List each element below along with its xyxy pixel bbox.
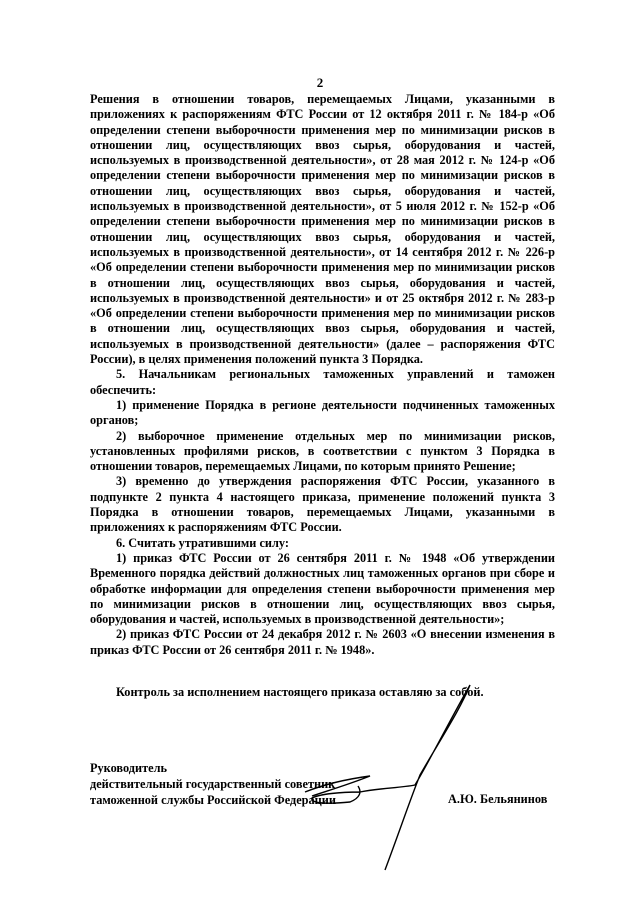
- paragraph: 1) приказ ФТС России от 26 сентября 2011…: [90, 551, 555, 627]
- page-number: 2: [0, 75, 640, 91]
- paragraph: 6. Считать утратившими силу:: [90, 536, 555, 551]
- paragraph: 3) временно до утверждения распоряжения …: [90, 474, 555, 535]
- paragraph: 2) приказ ФТС России от 24 декабря 2012 …: [90, 627, 555, 658]
- paragraph: Решения в отношении товаров, перемещаемы…: [90, 92, 555, 367]
- paragraph: 1) применение Порядка в регионе деятельн…: [90, 398, 555, 429]
- paragraph: 2) выборочное применение отдельных мер п…: [90, 429, 555, 475]
- document-body: Решения в отношении товаров, перемещаемы…: [90, 92, 555, 658]
- handwritten-signature-icon: [300, 680, 480, 880]
- paragraph: 5. Начальникам региональных таможенных у…: [90, 367, 555, 398]
